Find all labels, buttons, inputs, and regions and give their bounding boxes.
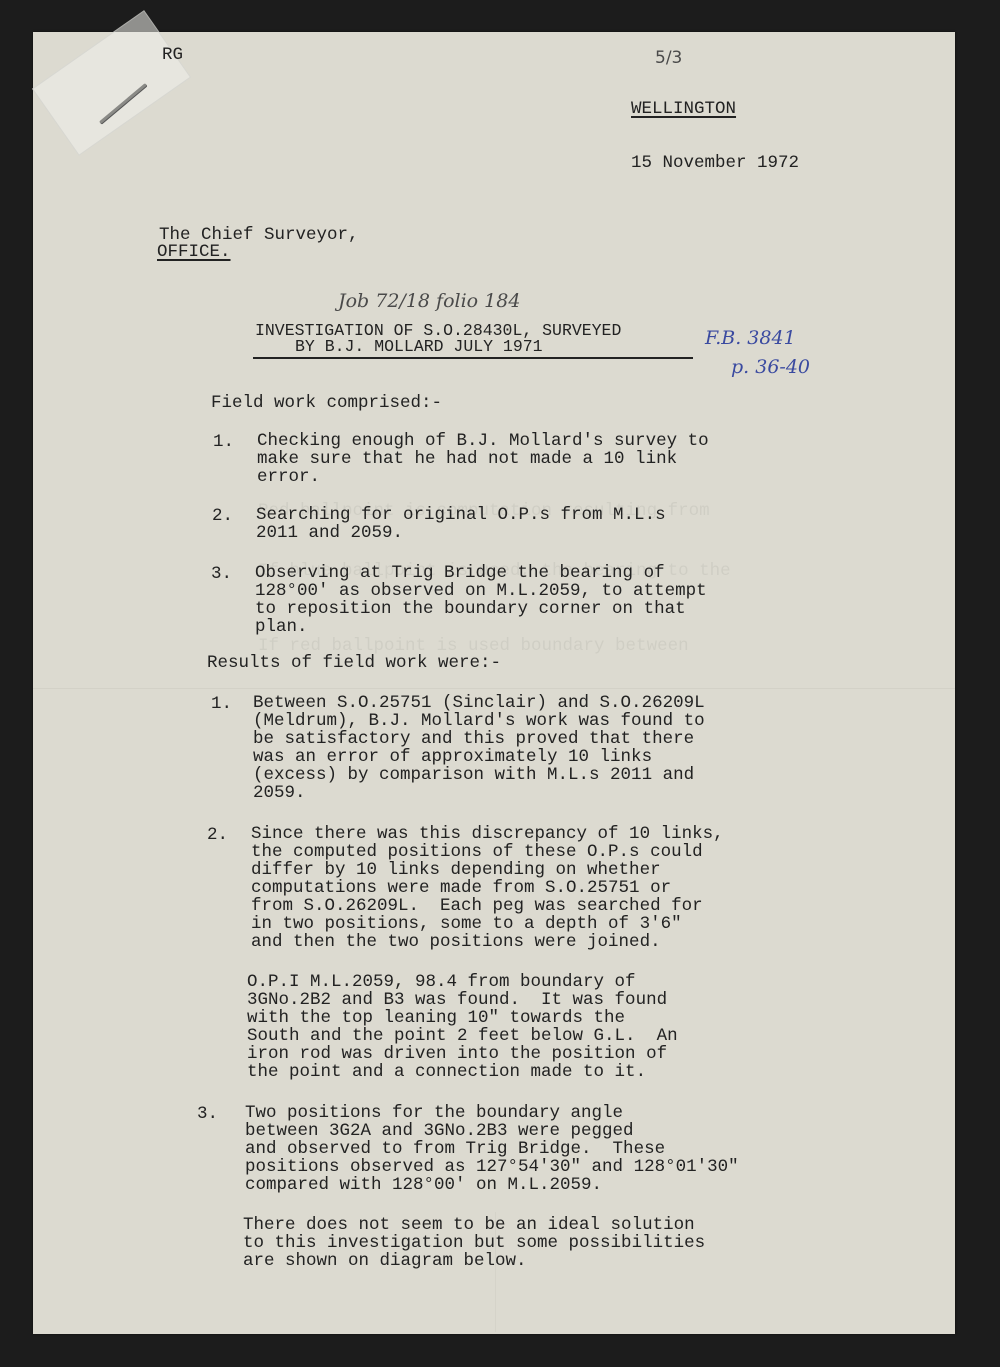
addressee-office: OFFICE. — [157, 243, 231, 262]
adhesive-tape — [32, 10, 191, 156]
results-heading: Results of field work were:- — [207, 654, 501, 673]
place-heading: WELLINGTON — [631, 100, 736, 119]
subject-title-line2: BY B.J. MOLLARD JULY 1971 — [295, 338, 543, 357]
page-reference: 5/3 — [655, 48, 682, 68]
letter-page: Red ballpoint is computation resulting f… — [33, 32, 955, 1334]
job-annotation: Job 72/18 folio 184 — [338, 290, 520, 312]
file-reference: RG — [162, 46, 183, 65]
field-book-annotation: F.B. 3841 — [705, 327, 796, 349]
title-underline — [253, 357, 693, 359]
page-range-annotation: p. 36-40 — [731, 356, 810, 378]
field-work-heading: Field work comprised:- — [211, 394, 442, 413]
letter-date: 15 November 1972 — [631, 154, 799, 173]
